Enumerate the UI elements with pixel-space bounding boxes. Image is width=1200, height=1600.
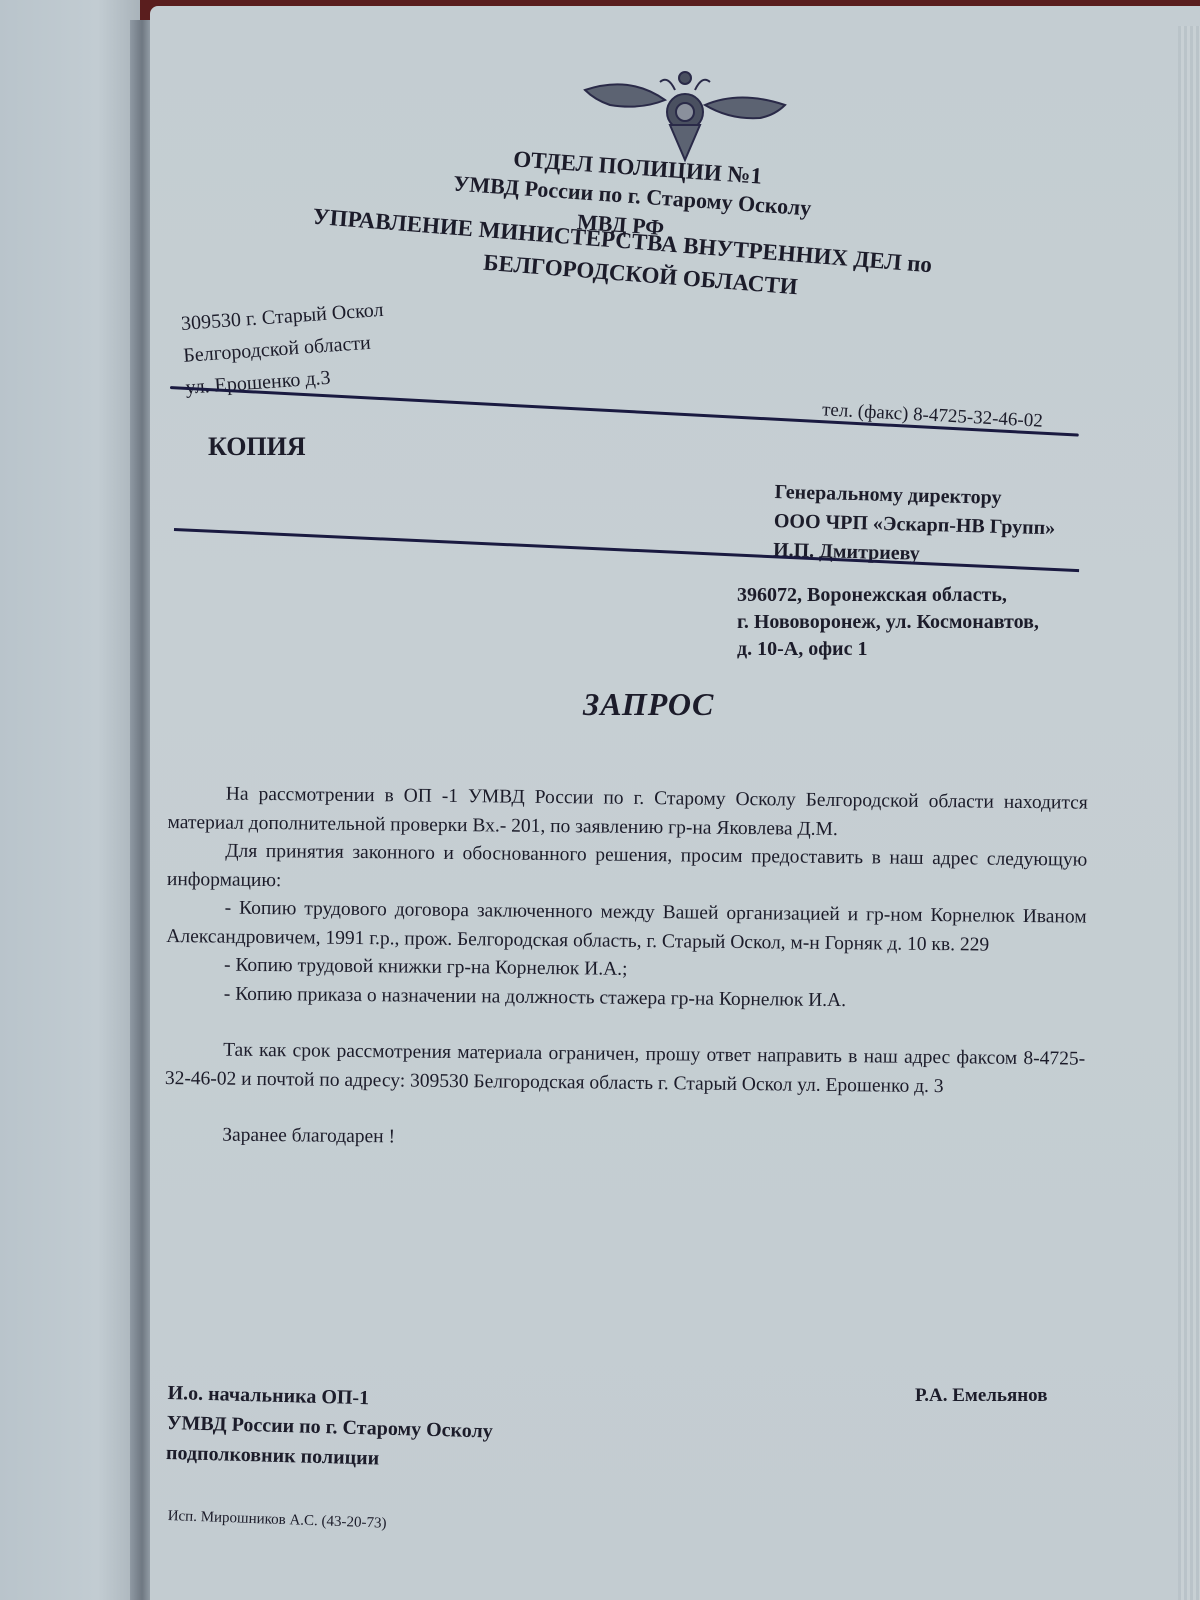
page-stack-edge xyxy=(1178,26,1200,1600)
book-gutter xyxy=(130,20,152,1600)
left-book-page xyxy=(0,0,140,1600)
signature-position: И.о. начальника ОП-1 УМВД России по г. С… xyxy=(166,1378,494,1477)
recipient-address-line: г. Нововоронеж, ул. Космонавтов, xyxy=(737,609,1039,636)
body-paragraph: Для принятия законного и обоснованного р… xyxy=(167,837,1088,904)
document-title: ЗАПРОС xyxy=(583,686,714,723)
request-item: - Копию трудового договора заключенного … xyxy=(166,894,1087,961)
document-body: На рассмотрении в ОП -1 УМВД России по г… xyxy=(164,780,1088,1159)
copy-stamp: КОПИЯ xyxy=(208,432,306,462)
body-paragraph: На рассмотрении в ОП -1 УМВД России по г… xyxy=(167,780,1088,847)
recipient-address-line: д. 10-А, офис 1 xyxy=(737,636,1039,663)
signer-name: Р.А. Емельянов xyxy=(915,1385,1047,1407)
recipient-address: 396072, Воронежская область, г. Нововоро… xyxy=(737,582,1039,663)
body-paragraph: Так как срок рассмотрения материала огра… xyxy=(165,1036,1086,1103)
recipient-address-line: 396072, Воронежская область, xyxy=(737,582,1039,609)
